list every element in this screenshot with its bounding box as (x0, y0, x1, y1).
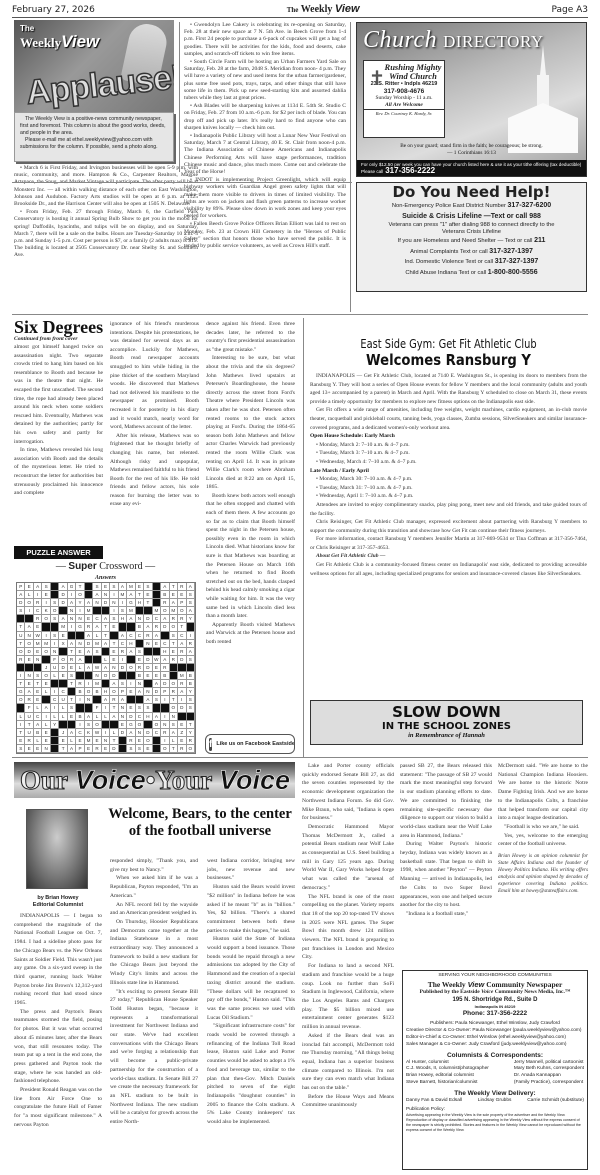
crossword-cell: D (119, 664, 127, 672)
crossword-cell: A (25, 688, 33, 696)
hotline-police: Non-Emergency Police East District Numbe… (357, 201, 586, 212)
six-degrees-col1: almost got himself hanged twice on assas… (14, 343, 103, 498)
crossword-cell: E (34, 696, 42, 704)
crossword-cell: L (110, 729, 118, 737)
crossword-cell: A (178, 688, 186, 696)
crossword-cell (153, 599, 161, 607)
crossword-cell: N (25, 672, 33, 680)
crossword-cell: R (25, 737, 33, 745)
crossword-cell: A (68, 729, 76, 737)
schedule-item: • Wednesday, April 1: 7–10 a.m. & 4–7 p.… (310, 492, 587, 501)
pastor-name: Rev. Dr. Courtney K. Hardy, Sr. (364, 109, 444, 117)
crossword-answer-grid: PEASAGTSESAMESATRAALIEDIOANIMATEBEESDORI… (16, 582, 196, 754)
crossword-cell: R (85, 623, 93, 631)
crossword-cell: H (136, 599, 144, 607)
crossword-cell: E (170, 648, 178, 656)
crossword-cell: R (76, 680, 84, 688)
welcome-text: All Are Welcome (364, 102, 444, 109)
crossword-cell: I (76, 696, 84, 704)
crossword-cell (119, 737, 127, 745)
crossword-cell: I (85, 680, 93, 688)
crossword-cell: E (42, 737, 50, 745)
crossword-cell (76, 632, 84, 640)
crossword-cell: R (178, 745, 186, 753)
crossword-cell: O (161, 607, 169, 615)
crossword-cell (187, 713, 195, 721)
divider (350, 22, 351, 312)
hotline-shelter: If you are Homeless and Need Shelter — T… (357, 236, 586, 247)
crossword-cell: O (178, 607, 186, 615)
slow-down-ad: SLOW DOWN IN THE SCHOOL ZONES in Remembr… (310, 700, 583, 745)
crossword-cell: D (25, 648, 33, 656)
crossword-cell: A (17, 591, 25, 599)
crossword-cell (110, 632, 118, 640)
crossword-cell: E (34, 688, 42, 696)
crossword-cell: Y (187, 688, 195, 696)
crossword-cell: B (93, 688, 101, 696)
crossword-cell (85, 656, 93, 664)
page-header: February 27, 2026 The Weekly View Page A… (12, 4, 588, 18)
crossword-cell: M (42, 640, 50, 648)
columnist-photo (26, 809, 88, 889)
crossword-cell: A (127, 615, 135, 623)
crossword-cell (93, 696, 101, 704)
crossword-cell (136, 640, 144, 648)
crossword-cell: O (153, 721, 161, 729)
editorial-col6: McDermott said. "We are home to the Nati… (498, 762, 588, 895)
crossword-cell: L (59, 713, 67, 721)
crossword-cell: K (42, 607, 50, 615)
crossword-cell: O (25, 599, 33, 607)
crossword-cell: E (93, 737, 101, 745)
crossword-cell (161, 704, 169, 712)
answers-label: Answers (14, 575, 197, 581)
slow-down-line3: in Remembrance of Hannah (311, 732, 582, 740)
crossword-cell: D (85, 640, 93, 648)
crossword-cell: L (102, 713, 110, 721)
crossword-cell: R (178, 615, 186, 623)
crossword-cell: E (59, 672, 67, 680)
crossword-cell: D (102, 599, 110, 607)
crossword-cell: E (59, 737, 67, 745)
crossword-cell: W (93, 729, 101, 737)
crossword-cell: R (178, 583, 186, 591)
crossword-cell: O (161, 745, 169, 753)
crossword-cell: N (34, 656, 42, 664)
divider (179, 22, 180, 172)
crossword-cell: E (25, 680, 33, 688)
crossword-cell: Y (76, 599, 84, 607)
crossword-cell: U (51, 664, 59, 672)
crossword-cell: R (153, 623, 161, 631)
crossword-cell: S (34, 672, 42, 680)
crossword-cell: O (42, 648, 50, 656)
crossword-cell (102, 648, 110, 656)
help-hotlines-box: Do You Need Help! Non-Emergency Police E… (356, 182, 587, 292)
crossword-cell (144, 721, 152, 729)
crossword-cell: S (17, 745, 25, 753)
crossword-cell: U (25, 729, 33, 737)
section-rule (12, 314, 588, 315)
crossword-cell (68, 721, 76, 729)
crossword-cell: L (17, 713, 25, 721)
crossword-cell: I (51, 688, 59, 696)
crossword-cell (93, 607, 101, 615)
crossword-cell: A (153, 713, 161, 721)
applause-item: • Ash Blades will be sharpening knives a… (184, 103, 346, 132)
crossword-cell: N (51, 648, 59, 656)
editorial-col1: INDIANAPOLIS — I began to comprehend the… (14, 912, 102, 1130)
crossword-cell (187, 664, 195, 672)
six-degrees-col2: ignorance of his friend's murderous inte… (110, 320, 199, 509)
crossword-cell: E (144, 672, 152, 680)
crossword-cell: I (119, 656, 127, 664)
crossword-cell: A (68, 745, 76, 753)
crossword-cell: P (161, 688, 169, 696)
crossword-cell (119, 672, 127, 680)
crossword-cell: T (170, 583, 178, 591)
crossword-cell: R (170, 656, 178, 664)
crossword-cell (178, 713, 186, 721)
crossword-cell: N (68, 607, 76, 615)
applause-item: • Fallen Beech Grove Police Officers Bri… (184, 221, 346, 250)
crossword-cell (127, 672, 135, 680)
crossword-cell: B (187, 680, 195, 688)
crossword-cell: O (17, 648, 25, 656)
crossword-cell: D (178, 656, 186, 664)
crossword-cell (51, 737, 59, 745)
crossword-cell: T (17, 680, 25, 688)
crossword-cell: L (42, 688, 50, 696)
crossword-cell: E (178, 737, 186, 745)
crossword-cell: I (17, 721, 25, 729)
crossword-cell: L (170, 737, 178, 745)
gym-headline: Welcomes Ransburg Y (327, 351, 571, 369)
crossword-cell: T (170, 745, 178, 753)
crossword-cell: U (59, 696, 67, 704)
crossword-cell (25, 615, 33, 623)
crossword-cell: G (127, 721, 135, 729)
crossword-cell: S (68, 672, 76, 680)
crossword-cell: O (170, 623, 178, 631)
applause-item: • Indianapolis Public Library will host … (184, 133, 346, 176)
crossword-cell: T (170, 640, 178, 648)
crossword-cell: I (161, 713, 169, 721)
crossword-cell: D (144, 664, 152, 672)
applause-item: • Gwendolyn Lee Cakery is celebrating it… (184, 22, 346, 58)
crossword-cell: Y (187, 729, 195, 737)
crossword-cell: N (93, 672, 101, 680)
crossword-cell: S (187, 599, 195, 607)
crossword-cell: A (85, 599, 93, 607)
crossword-cell: T (17, 623, 25, 631)
crossword-cell (144, 648, 152, 656)
crossword-cell: P (119, 688, 127, 696)
crossword-cell: N (119, 704, 127, 712)
gym-kicker: East Side Gym: Get Fit Athletic Club (335, 337, 562, 351)
crossword-cell: E (110, 648, 118, 656)
crossword-cell: M (34, 640, 42, 648)
crossword-cell: I (127, 680, 135, 688)
applause-item: • March 6 is First Friday, and Irvington… (14, 165, 198, 208)
crossword-cell (119, 745, 127, 753)
crossword-cell (170, 672, 178, 680)
crossword-cell: E (153, 672, 161, 680)
crossword-cell: I (76, 721, 84, 729)
crossword-cell: D (178, 704, 186, 712)
worship-time: Sunday Worship - 11 a.m. (364, 95, 444, 102)
applause-title: Applause! (24, 58, 174, 112)
section-rule (12, 182, 352, 183)
crossword-cell: E (119, 721, 127, 729)
crossword-cell (153, 648, 161, 656)
crossword-cell: T (17, 640, 25, 648)
crossword-cell: S (51, 615, 59, 623)
crossword-cell: T (102, 632, 110, 640)
crossword-cell: A (161, 615, 169, 623)
crossword-cell: R (119, 648, 127, 656)
crossword-cell: C (76, 729, 84, 737)
crossword-cell: C (161, 640, 169, 648)
crossword-cell: E (34, 623, 42, 631)
crossword-cell (153, 745, 161, 753)
crossword-cell: A (187, 607, 195, 615)
crossword-cell: S (51, 599, 59, 607)
crossword-cell: D (144, 729, 152, 737)
crossword-cell: R (25, 696, 33, 704)
crossword-cell: O (136, 721, 144, 729)
crossword-cell: T (110, 737, 118, 745)
crossword-cell (51, 729, 59, 737)
crossword-cell: R (170, 615, 178, 623)
crossword-cell (34, 664, 42, 672)
crossword-cell: E (170, 591, 178, 599)
crossword-cell: N (136, 729, 144, 737)
crossword-cell (85, 583, 93, 591)
crossword-cell: D (119, 729, 127, 737)
cross-icon: ✝ (368, 67, 386, 91)
crossword-cell: S (170, 632, 178, 640)
crossword-cell: R (178, 680, 186, 688)
crossword-cell: W (34, 632, 42, 640)
crossword-cell: S (187, 696, 195, 704)
crossword-cell: S (51, 632, 59, 640)
hotline-domestic: Ind. Domestic Violence Text or call 317-… (357, 257, 586, 268)
crossword-cell: A (59, 583, 67, 591)
crossword-cell: M (178, 672, 186, 680)
crossword-cell: A (68, 640, 76, 648)
crossword-cell: B (76, 713, 84, 721)
crossword-cell: I (161, 696, 169, 704)
crossword-cell (17, 615, 25, 623)
crossword-cell: I (25, 607, 33, 615)
crossword-cell: X (59, 640, 67, 648)
crossword-cell: A (178, 640, 186, 648)
crossword-cell: R (187, 640, 195, 648)
crossword-cell: T (170, 696, 178, 704)
crossword-cell: I (102, 729, 110, 737)
applause-item: • INDOT is implementing Project Greenlig… (184, 177, 346, 220)
crossword-cell (17, 704, 25, 712)
crossword-cell: A (93, 623, 101, 631)
schedule-item: • Wednesday, March 4: 7–10 a.m. & 4–7 p.… (310, 458, 587, 467)
crossword-cell: C (93, 615, 101, 623)
crossword-cell: S (153, 696, 161, 704)
crossword-cell: T (68, 680, 76, 688)
church-name: Rushing Mighty Wind Church (382, 63, 444, 81)
crossword-cell: A (161, 583, 169, 591)
crossword-cell: D (153, 688, 161, 696)
crossword-cell (76, 704, 84, 712)
page-number: Page A3 (551, 5, 588, 15)
section-rule (12, 757, 588, 758)
crossword-cell: R (17, 656, 25, 664)
editorial-col5: passed SB 27, the Bears released this st… (400, 762, 492, 919)
crossword-cell: T (17, 729, 25, 737)
crossword-cell (76, 672, 84, 680)
crossword-cell: O (102, 672, 110, 680)
slow-down-line1: SLOW DOWN (311, 704, 582, 721)
hotline-animal: Animal Complaints Text or call 317-327-1… (357, 247, 586, 258)
crossword-cell (178, 664, 186, 672)
crossword-cell: E (25, 745, 33, 753)
applause-intro-box: The Weekly View is a positive-news commu… (14, 112, 174, 162)
crossword-cell: T (110, 640, 118, 648)
crossword-cell (42, 696, 50, 704)
crossword-cell: N (136, 615, 144, 623)
crossword-cell: N (68, 615, 76, 623)
crossword-cell: L (42, 721, 50, 729)
crossword-cell: E (42, 680, 50, 688)
crossword-cell: I (110, 607, 118, 615)
crossword-cell: D (161, 680, 169, 688)
crossword-cell: B (136, 672, 144, 680)
six-degrees-heading: Six Degrees Continued from front cover (14, 318, 104, 342)
crossword-cell: G (127, 599, 135, 607)
crossword-cell: N (110, 599, 118, 607)
crossword-cell (25, 664, 33, 672)
crossword-cell: H (127, 640, 135, 648)
crossword-cell: A (68, 599, 76, 607)
crossword-cell: P (76, 745, 84, 753)
crossword-cell: I (42, 599, 50, 607)
crossword-cell: M (127, 583, 135, 591)
crossword-cell (85, 704, 93, 712)
crossword-cell: H (119, 615, 127, 623)
crossword-title: — Super Crossword — (14, 561, 197, 572)
crossword-cell: E (42, 729, 50, 737)
crossword-cell: G (17, 688, 25, 696)
crossword-cell: L (93, 632, 101, 640)
crossword-cell: A (34, 721, 42, 729)
crossword-cell: E (85, 745, 93, 753)
crossword-cell: B (34, 729, 42, 737)
crossword-cell: E (25, 583, 33, 591)
church-listing-card: ✝ Rushing Mighty Wind Church 23 S. Ritte… (363, 60, 445, 138)
crossword-cell: D (110, 672, 118, 680)
crossword-cell (136, 607, 144, 615)
crossword-cell: F (51, 656, 59, 664)
crossword-cell: R (34, 615, 42, 623)
bible-verse: Be on your guard; stand firm in the fait… (357, 143, 586, 156)
crossword-cell: R (187, 737, 195, 745)
schedule-title: Open House Schedule: Early March (310, 432, 587, 441)
crossword-cell: A (102, 615, 110, 623)
facebook-like-button[interactable]: f Like us on Facebook Eastside Voice Com… (205, 734, 295, 754)
crossword-cell: E (34, 648, 42, 656)
crossword-cell: E (68, 713, 76, 721)
crossword-cell: S (170, 721, 178, 729)
crossword-cell: M (59, 623, 67, 631)
crossword-cell: H (102, 688, 110, 696)
crossword-cell (51, 680, 59, 688)
crossword-cell: I (68, 591, 76, 599)
crossword-cell: C (127, 632, 135, 640)
crossword-cell (42, 656, 50, 664)
crossword-cell: W (153, 656, 161, 664)
staff-masthead-box: SERVING YOUR NEIGHBORHOOD COMMUNITIES Th… (402, 970, 588, 1170)
crossword-cell: M (85, 607, 93, 615)
crossword-cell: S (93, 583, 101, 591)
crossword-cell: T (110, 704, 118, 712)
crossword-cell: E (144, 591, 152, 599)
crossword-cell: I (34, 591, 42, 599)
crossword-cell: E (76, 648, 84, 656)
byline: by Brian Howey Editorial Columnist (14, 895, 102, 909)
crossword-cell: T (76, 583, 84, 591)
crossword-cell: N (102, 737, 110, 745)
crossword-cell: R (136, 664, 144, 672)
crossword-cell: L (25, 591, 33, 599)
our-voice-banner: Our Voice•Your Voice (14, 762, 295, 798)
crossword-cell (161, 632, 169, 640)
crossword-cell: K (85, 729, 93, 737)
crossword-cell: E (85, 615, 93, 623)
crossword-cell: D (144, 615, 152, 623)
crossword-cell: O (51, 607, 59, 615)
crossword-cell: D (17, 599, 25, 607)
crossword-cell: N (93, 599, 101, 607)
crossword-cell (102, 680, 110, 688)
crossword-cell: O (170, 680, 178, 688)
crossword-cell (42, 623, 50, 631)
crossword-cell: N (25, 632, 33, 640)
crossword-cell: I (187, 632, 195, 640)
crossword-cell: A (102, 696, 110, 704)
crossword-cell: E (17, 737, 25, 745)
logo-weekly-view: WeeklyView (20, 32, 99, 52)
crossword-cell: L (34, 737, 42, 745)
crossword-cell: T (187, 721, 195, 729)
crossword-cell: A (161, 656, 169, 664)
hotline-suicide: Suicide & Crisis Lifeline —Text or call … (357, 212, 586, 223)
crossword-cell: O (42, 672, 50, 680)
crossword-cell: N (161, 721, 169, 729)
crossword-cell: Y (51, 721, 59, 729)
crossword-cell: A (127, 591, 135, 599)
crossword-cell: S (136, 648, 144, 656)
crossword-cell (119, 623, 127, 631)
crossword-cell (51, 623, 59, 631)
crossword-cell: A (144, 696, 152, 704)
crossword-cell (85, 591, 93, 599)
crossword-cell: E (136, 583, 144, 591)
church-directory-ad: Church Directory ✝ Rushing Mighty Wind C… (356, 22, 587, 177)
crossword-cell (17, 664, 25, 672)
crossword-cell: F (25, 704, 33, 712)
editorial-col4: Lake and Porter county officials quickly… (302, 762, 394, 1110)
crossword-cell: R (170, 688, 178, 696)
